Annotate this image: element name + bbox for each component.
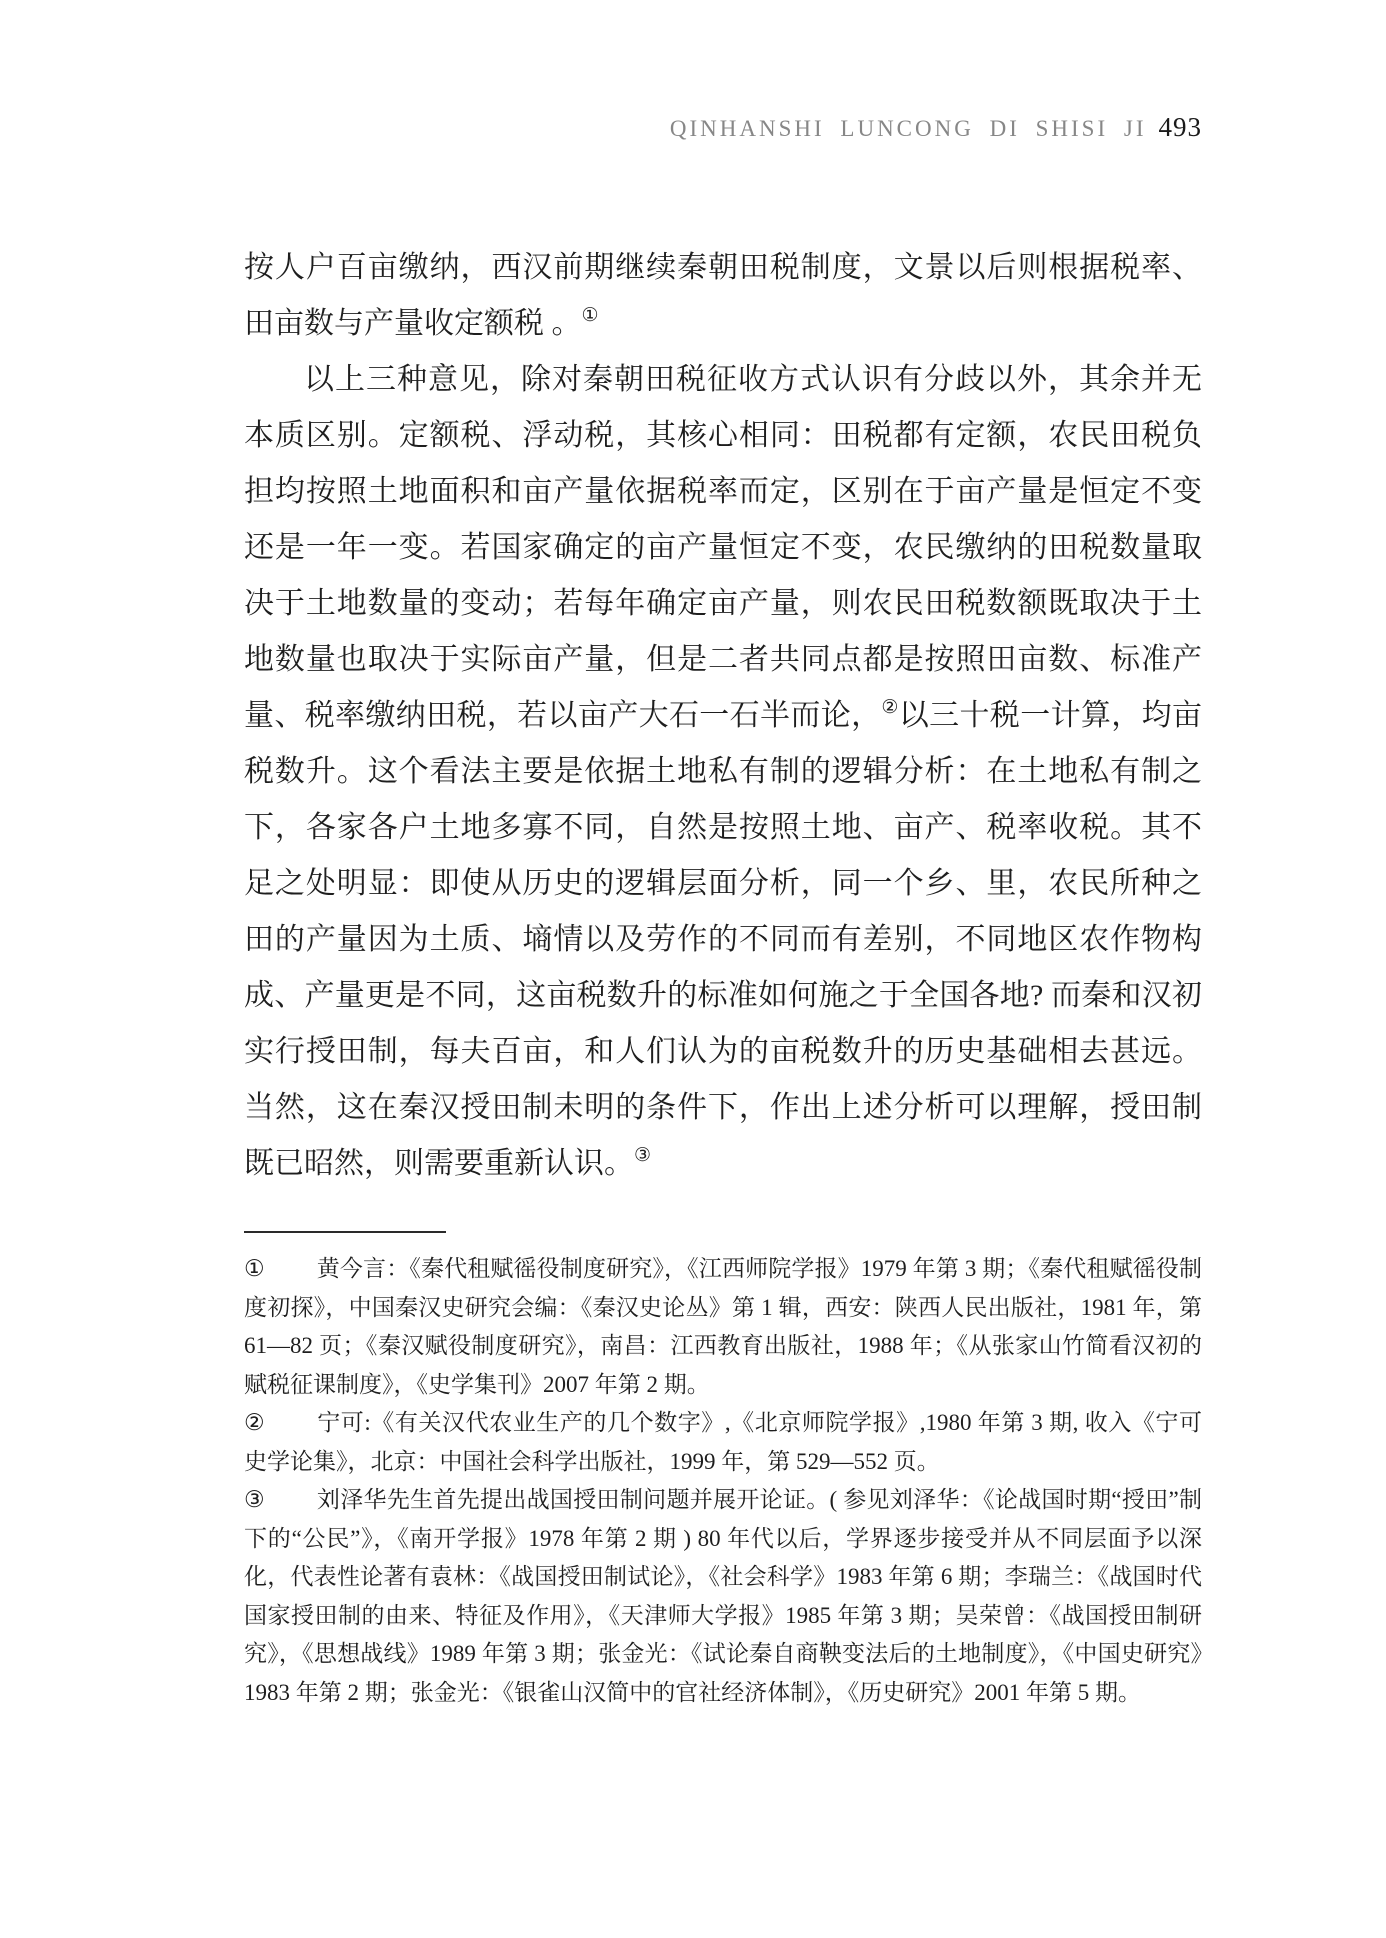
running-header-title: QINHANSHI LUNCONG DI SHISI JI	[670, 116, 1147, 141]
footnote-reference: ②	[881, 697, 898, 718]
footnote-reference: ③	[634, 1145, 651, 1166]
book-page: QINHANSHI LUNCONG DI SHISI JI493 按人户百亩缴纳…	[0, 0, 1386, 1938]
footnote-marker: ③	[244, 1487, 265, 1512]
footnotes: ①黄今言：《秦代租赋徭役制度研究》，《江西师院学报》1979 年第 3 期；《秦…	[244, 1250, 1202, 1712]
footnote-marker: ①	[244, 1256, 265, 1281]
paragraph-text: 按人户百亩缴纳，西汉前期继续秦朝田税制度，文景以后则根据税率、田亩数与产量收定额…	[244, 251, 1202, 340]
footnote-text: 黄今言：《秦代租赋徭役制度研究》，《江西师院学报》1979 年第 3 期；《秦代…	[244, 1256, 1202, 1397]
footnote: ②宁可:《有关汉代农业生产的几个数字》,《北京师院学报》,1980 年第 3 期…	[244, 1404, 1202, 1481]
page-number: 493	[1159, 112, 1203, 142]
footnote: ①黄今言：《秦代租赋徭役制度研究》，《江西师院学报》1979 年第 3 期；《秦…	[244, 1250, 1202, 1404]
paragraph: 按人户百亩缴纳，西汉前期继续秦朝田税制度，文景以后则根据税率、田亩数与产量收定额…	[244, 240, 1202, 352]
footnote-text: 宁可:《有关汉代农业生产的几个数字》,《北京师院学报》,1980 年第 3 期,…	[244, 1410, 1202, 1474]
body-text: 按人户百亩缴纳，西汉前期继续秦朝田税制度，文景以后则根据税率、田亩数与产量收定额…	[244, 240, 1202, 1192]
footnote-marker: ②	[244, 1410, 265, 1435]
footnote-text: 刘泽华先生首先提出战国授田制问题并展开论证。( 参见刘泽华：《论战国时期“授田”…	[244, 1487, 1202, 1705]
footnote-separator	[244, 1231, 446, 1233]
footnote: ③刘泽华先生首先提出战国授田制问题并展开论证。( 参见刘泽华：《论战国时期“授田…	[244, 1481, 1202, 1712]
paragraph-text: 以三十税一计算，均亩税数升。这个看法主要是依据土地私有制的逻辑分析：在土地私有制…	[244, 699, 1202, 1180]
paragraph-text: 以上三种意见，除对秦朝田税征收方式认识有分歧以外，其余并无本质区别。定额税、浮动…	[244, 363, 1202, 732]
running-header: QINHANSHI LUNCONG DI SHISI JI493	[244, 112, 1202, 143]
paragraph: 以上三种意见，除对秦朝田税征收方式认识有分歧以外，其余并无本质区别。定额税、浮动…	[244, 352, 1202, 1192]
footnote-reference: ①	[582, 305, 599, 326]
